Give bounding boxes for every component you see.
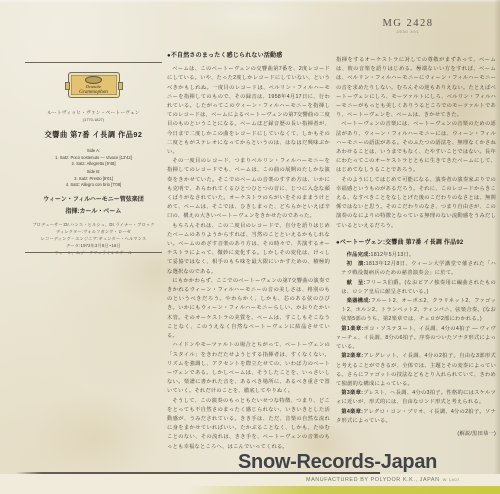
track-listing: 3. Satz: Presto [9'01] [25,176,162,181]
movement-label: 第3楽章: [341,390,363,396]
side-a-label: Side A: [25,148,162,153]
notes-author-attribution: (解説/黒田恭一) [336,430,496,439]
movement-description: 第4楽章:アレグロ・コン・ブリオ、イ長調、4分の2拍子。ソナタ形式によっている。 [336,408,496,426]
liner-notes-paragraph: ベームは、このベートーヴェンの交響曲第7番を、2度レコードにしている。いや、たっ… [167,65,330,157]
work-fact: 楽器構成:フルート2、オーボエ2、クラリネット2、ファゴット2、ホルン2、トラン… [336,297,496,325]
work-fact: 献 呈:フリース伯爵。(なおピアノ独奏用に編曲されたものは、ロシア皇后に献呈され… [336,279,496,297]
catalog-number: MG 2428 [376,18,440,29]
catalog-block: MG 2428 2530 401 [376,18,440,34]
liner-notes-paragraph: にもかかわらず、ここでのベートーヴェンの第7交響曲の演奏できかれるウィーン・フィ… [167,277,330,341]
liner-notes-paragraph: 指揮をするオーケストラに対しての尊敬がまずあって、ベームは、彼の音楽を語りはじめ… [336,56,496,120]
deutsche-grammophon-logo: Deutsche Grammophon [68,72,120,98]
paper-highlight [180,0,320,40]
movement-description: 第2楽章:アレグレット、イ長調、4分の2拍子。自由な3部形式と考えることができる… [336,352,496,389]
track-listing: 2. Satz: Allegretto [9'48] [25,161,162,166]
liner-notes-paragraph: もちろんそれは、この二度目のレコードで、自分を語りはじめたベームのありようからす… [167,222,330,277]
credit-line: ディレクター:ヴォルフガング・ローゼ [25,229,162,236]
manufacturer-text: MANUFACTURED BY POLYDOR K.K., JAPAN [306,477,440,483]
paper-stain [30,392,160,482]
divider-line [25,62,162,63]
fact-text: 1812年5月13日。 [371,252,415,258]
orchestra-name: ウィーン・フィルハーモニー管弦楽団 [25,194,162,203]
credit-line: レコーディング・エンジニア:ギュンター・ヘルマンス [25,236,162,243]
liner-notes-paragraph: ハイドンやモーツァルトの場合とちがって、ベートーヴェンの「スタイル」をきわだたせ… [167,341,330,396]
fact-label: 楽器構成: [347,298,371,304]
divider-line [25,252,162,253]
album-info-panel: Deutsche Grammophon ルートヴィッヒ・ヴァン・ベートーヴェン … [25,55,162,256]
jacket-top-edge [0,0,500,3]
tulip-crest-icon [85,76,102,84]
fact-label: 献 呈: [347,280,366,286]
work-fact: 初 演:1813年12月8日、ウィーン大学講堂で催された「ハナウ戦役傷病兵のため… [336,260,496,278]
composer-name: ルートヴィッヒ・ヴァン・ベートーヴェン [25,110,162,116]
record-back-cover: MG 2428 2530 401 Deutsche Grammophon ルート… [0,0,500,494]
essay-heading: ●不自然さのまったく感じられない活動感 [167,52,330,61]
composer-years: (1770-1827) [25,117,162,122]
work-data-heading: ●ベートーヴェン:交響曲 第7番 イ長調 作品92 [336,239,496,248]
manufacturer-mark: W 1407 [443,477,460,482]
track-listing: 1. Satz: Poco sostenuto — Vivace [13'42] [25,155,162,160]
movement-label: 第1楽章: [341,326,363,332]
credit-line: データ:1972年3月8日~16日 [25,243,162,250]
work-title: 交響曲 第7番 イ長調 作品92 [25,130,162,140]
fact-label: 初 演: [347,261,366,267]
liner-notes-paragraph: そのようにしてはじめて可能になる、演奏者の演奏家ぶりでの幸福感というものがあるだ… [336,176,496,231]
manufacturer-note: MANUFACTURED BY POLYDOR K.K., JAPANW 140… [306,477,460,483]
liner-notes-paragraph: ベートーヴェンの音楽には、ベートーヴェンの音楽のための語法があり、ウィーン・フィ… [336,120,496,175]
liner-notes-paragraph: そうして、この演奏のもっともたいせつな特徴、つまり、どこをとっても不自然さのまっ… [167,397,330,452]
side-b-label: Side B: [25,169,162,174]
seller-watermark: Snow-Records-Japan [238,451,437,474]
movement-description: 第3楽章:プレスト、ヘ長調、4分の3拍子。性格的にはスケルツォに近いが、形式的に… [336,389,496,407]
movement-description: 第1楽章:ポコ・ソステヌート、イ長調、4分の4拍子 ― ヴィヴァーチェ、イ長調、… [336,325,496,353]
fact-label: 作品完成: [347,252,371,258]
work-fact: 作品完成:1812年5月13日。 [336,251,496,260]
liner-notes-column-1: ●不自然さのまったく感じられない活動感 ベームは、このベートーヴェンの交響曲第7… [167,52,330,452]
liner-notes-paragraph: その一度目のレコード、つまりベルリン・フィルハーモニーを指揮してのレコードでも、… [167,157,330,221]
liner-notes-column-2: 指揮をするオーケストラに対しての尊敬がまずあって、ベームは、彼の音楽を語りはじめ… [336,56,496,439]
logo-line2: Grammophon [69,90,119,96]
conductor-name: 指揮:カール・ベーム [25,206,162,215]
movement-label: 第2楽章: [341,353,363,359]
movement-label: 第4楽章: [341,409,363,415]
catalog-sub-number: 2530 401 [376,30,440,34]
track-listing: 4. Satz: Allegro con brio [7'08] [25,182,162,187]
background-surface-band [0,486,500,494]
fact-text: フリース伯爵。(なおピアノ独奏用に編曲されたものは、ロシア皇后に献呈されている。… [341,280,496,295]
logo-wordmark: Deutsche Grammophon [69,85,119,95]
